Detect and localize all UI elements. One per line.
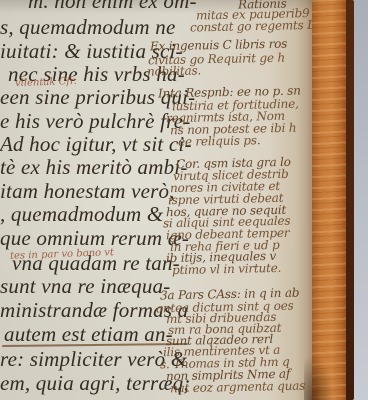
printed-line: m. non enim ex om- [28,0,197,13]
printed-line: , quemadmodum & [0,203,163,226]
marginalia-line: nat eoz argmenta quas [170,379,305,396]
printed-line: que omnium rerum æ- [0,227,189,250]
printed-line: sunt vna re inæqua- [0,275,170,298]
book-page: m. non enim ex om- s, quemadmodum ne iui… [0,0,315,400]
marginalia-line: nobilitas. [147,63,201,78]
printed-line: e his verò pulchrè fre- [0,110,190,133]
printed-line: tè ex his meritò ambi- [0,156,188,179]
manuscript-photo: { "colors": { "paper": "#d5d1c4", "print… [0,0,368,400]
fore-edge-dark-rim [346,0,354,400]
book-fore-edge [312,0,348,400]
printed-line: itam honestam verò, [0,180,175,203]
marginalia-line: ptimo vl in virtute. [172,261,281,277]
marginalia-line: ee reliquis ps. [178,133,261,149]
printed-line: s, quemadmodum ne [0,16,175,39]
printed-line: Ad hoc igitur, vt sit ci- [0,133,192,156]
interlinear-note: vilentak Cfr. [15,76,77,89]
printed-line: em, quia agri, terræq; [0,372,190,395]
